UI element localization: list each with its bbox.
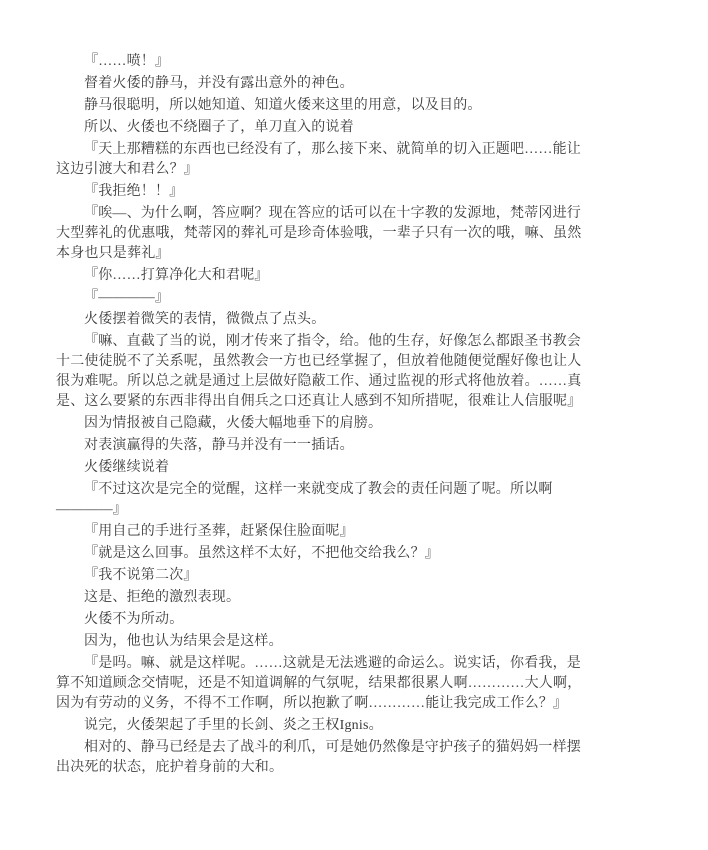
paragraph: 『不过这次是完全的觉醒，这样一来就变成了教会的责任问题了呢。所以啊 ————』 <box>56 480 618 520</box>
paragraph: 『————』 <box>56 288 618 308</box>
paragraph: 『唉—、为什么啊，答应啊？现在答应的话可以在十字教的发源地，梵蒂冈进行 大型葬礼… <box>56 204 618 264</box>
paragraph: 火倭摆着微笑的表情，微微点了点头。 <box>56 310 618 330</box>
paragraph: 『你……打算净化大和君呢』 <box>56 266 618 286</box>
paragraph: 『……喷！』 <box>56 52 618 72</box>
paragraph: 『是吗。嘛、就是这样呢。……这就是无法逃避的命运么。说实话，你看我，是 算不知道… <box>56 654 618 714</box>
paragraph: 所以、火倭也不绕圈子了，单刀直入的说着 <box>56 118 618 138</box>
paragraph: 『我拒绝！！』 <box>56 182 618 202</box>
screenshot-root: { "document": { "type": "novel-text-page… <box>0 0 708 850</box>
paragraph: 因为，他也认为结果会是这样。 <box>56 632 618 652</box>
document-page: 『……喷！』督着火倭的静马，并没有露出意外的神色。静马很聪明，所以她知道、知道火… <box>0 0 708 850</box>
paragraph: 『嘛、直截了当的说，刚才传来了指令，给。他的生存，好像怎么都跟圣书教会 十二使徒… <box>56 332 618 412</box>
paragraph: 『用自己的手进行圣葬，赶紧保住脸面呢』 <box>56 522 618 542</box>
paragraph: 『天上那糟糕的东西也已经没有了，那么接下来、就简单的切入正题吧……能让 这边引渡… <box>56 140 618 180</box>
paragraph: 『就是这么回事。虽然这样不太好，不把他交给我么？』 <box>56 544 618 564</box>
paragraph: 『我不说第二次』 <box>56 566 618 586</box>
paragraph: 静马很聪明，所以她知道、知道火倭来这里的用意，以及目的。 <box>56 96 618 116</box>
paragraph: 这是、拒绝的激烈表现。 <box>56 588 618 608</box>
paragraph: 说完，火倭架起了手里的长剑、炎之王权Ignis。 <box>56 716 618 736</box>
paragraph: 因为情报被自己隐藏，火倭大幅地垂下的肩膀。 <box>56 414 618 434</box>
paragraph: 对表演赢得的失落，静马并没有一一插话。 <box>56 436 618 456</box>
paragraph: 火倭不为所动。 <box>56 610 618 630</box>
novel-text-body: 『……喷！』督着火倭的静马，并没有露出意外的神色。静马很聪明，所以她知道、知道火… <box>56 52 618 778</box>
paragraph: 督着火倭的静马，并没有露出意外的神色。 <box>56 74 618 94</box>
paragraph: 火倭继续说着 <box>56 458 618 478</box>
paragraph: 相对的、静马已经是去了战斗的利爪，可是她仍然像是守护孩子的猫妈妈一样摆 出决死的… <box>56 738 618 778</box>
